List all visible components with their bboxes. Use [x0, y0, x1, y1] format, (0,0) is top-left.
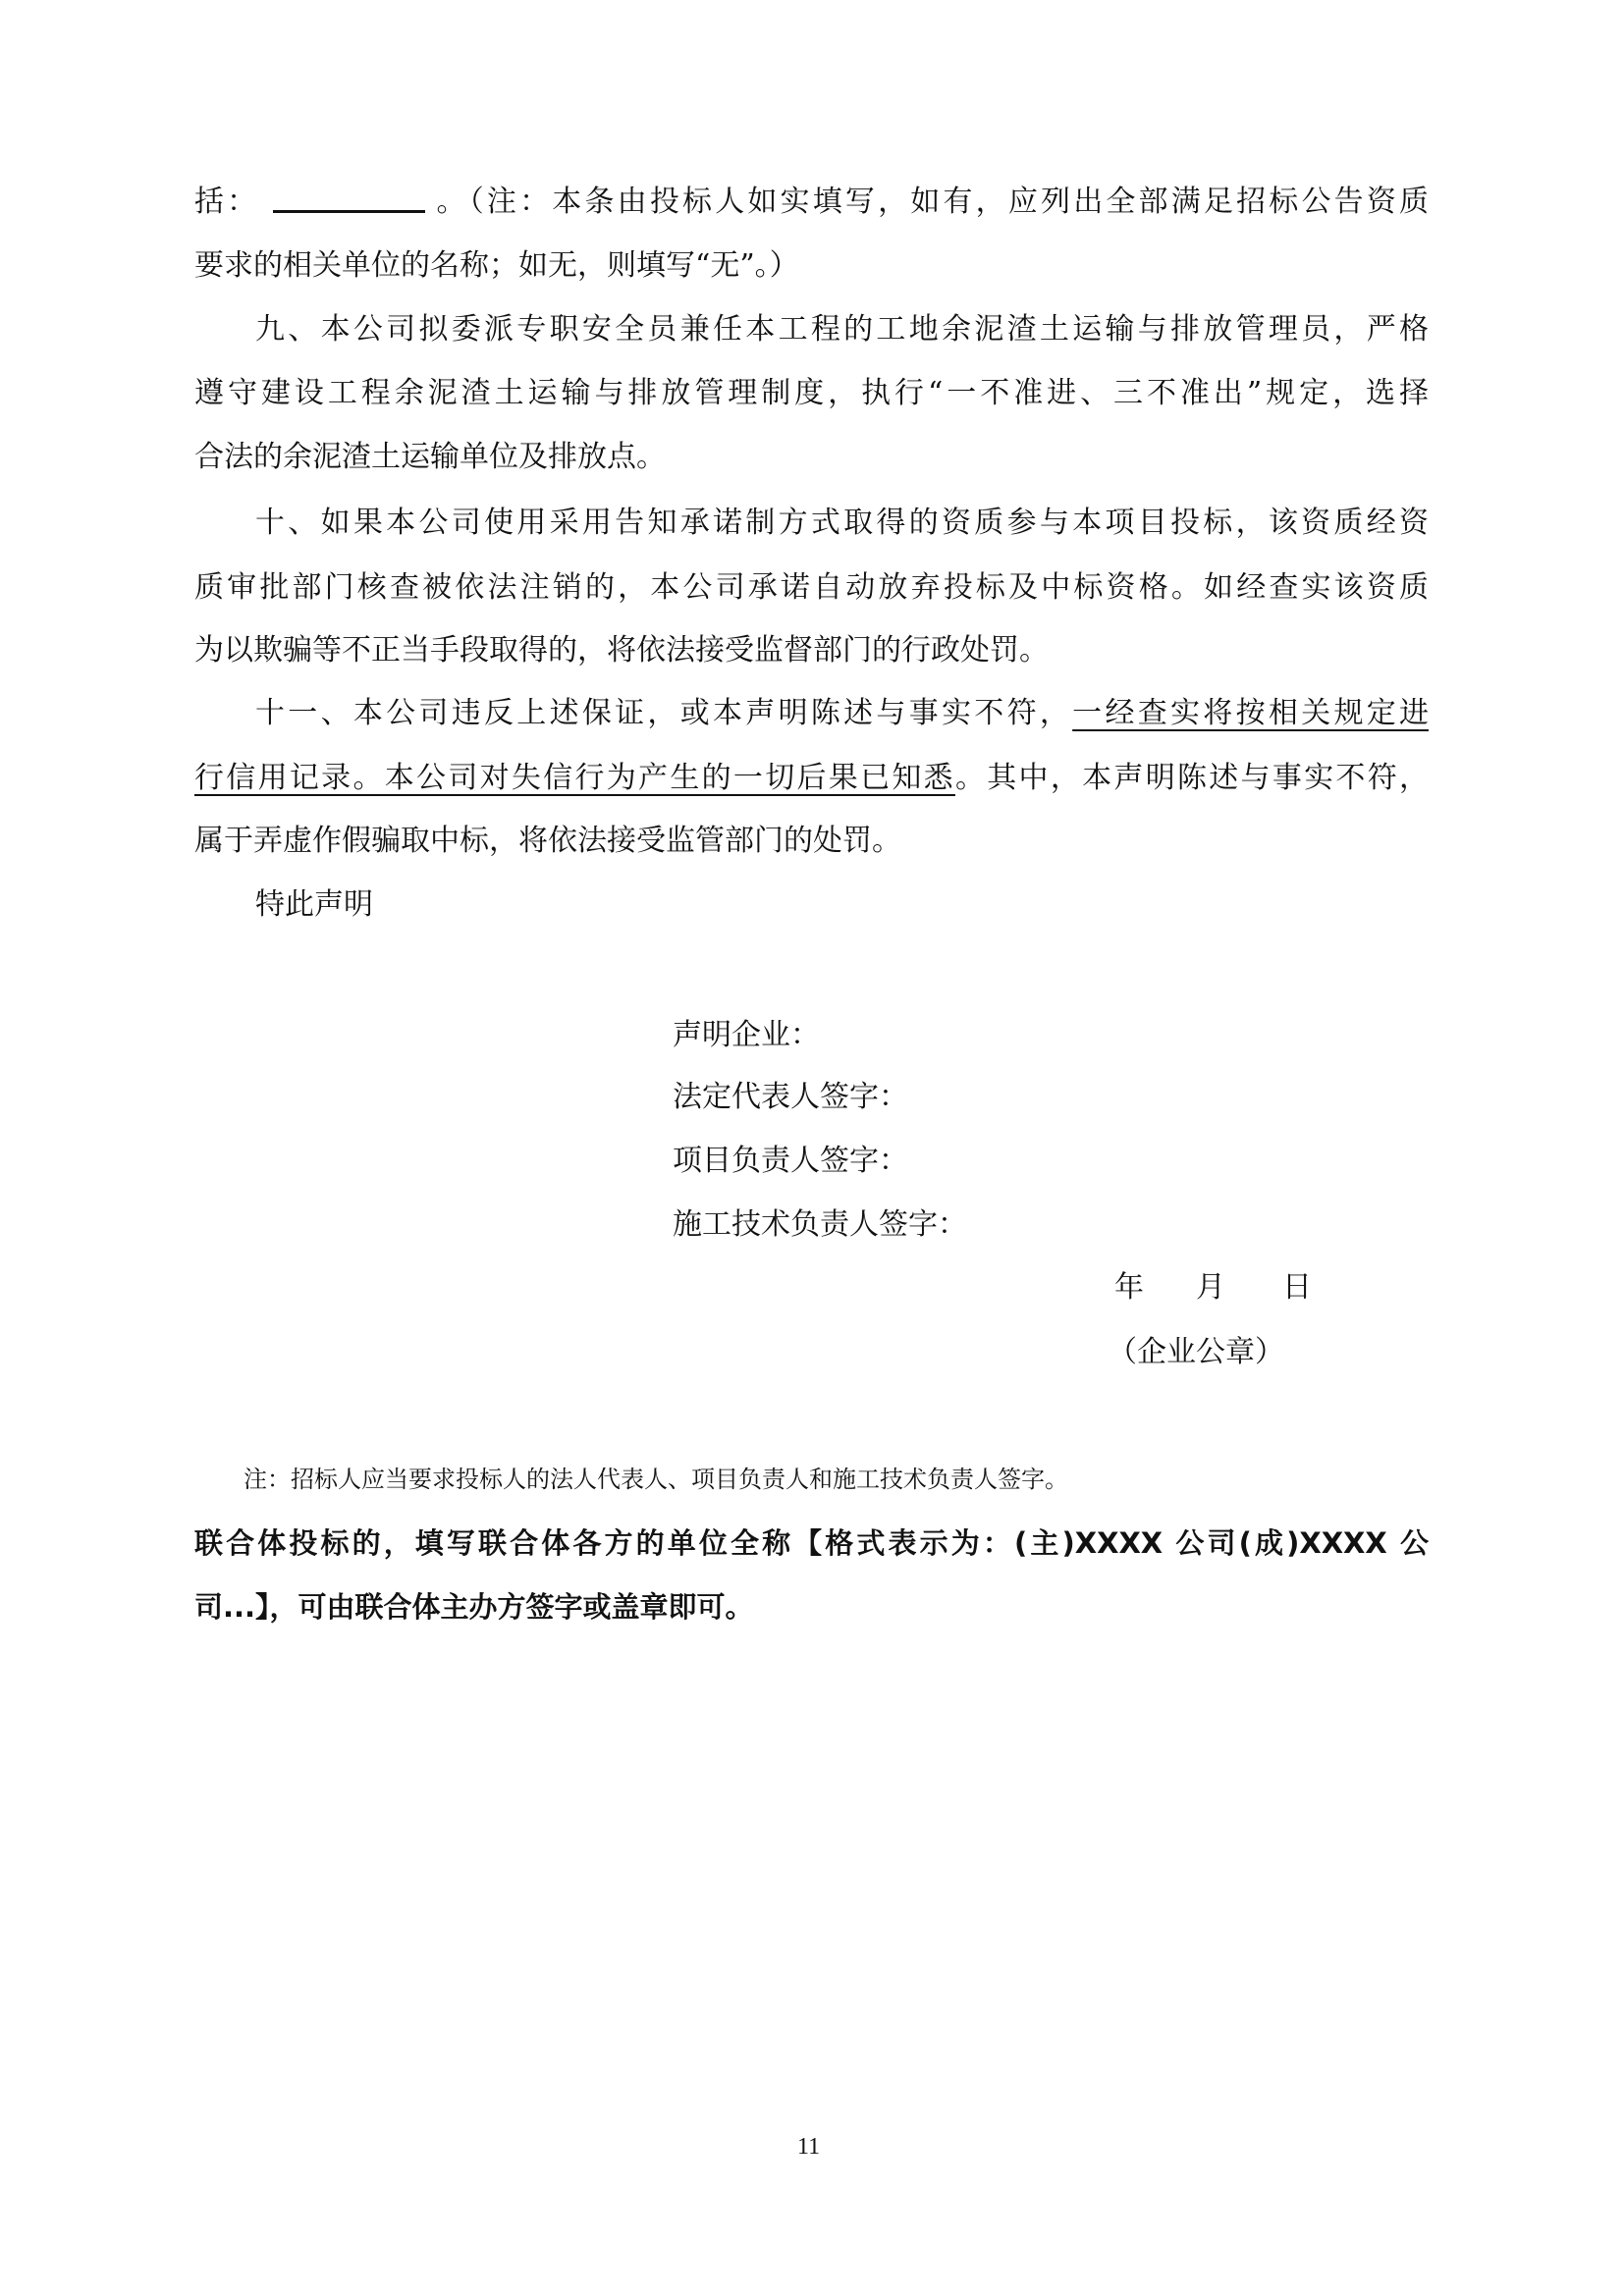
clause-11-line-2: 行信用记录。本公司对失信行为产生的一切后果已知悉。其中，本声明陈述与事实不符，: [194, 759, 1429, 798]
consortium-note-line-2: 司...】，可由联合体主办方签字或盖章即可。: [194, 1587, 1429, 1627]
company-seal-label: （企业公章）: [1108, 1333, 1284, 1372]
project-manager-signature-label: 项目负责人签字：: [673, 1142, 908, 1181]
clause-8-line-1: 括：。（注：本条由投标人如实填写，如有，应列出全部满足招标公告资质: [194, 183, 1429, 222]
consortium-note-line-1: 联合体投标的，填写联合体各方的单位全称【格式表示为：(主)XXXX 公司(成)X…: [194, 1523, 1429, 1563]
clause-8-prefix: 括：: [194, 185, 259, 219]
clause-10-line-1: 十、如果本公司使用采用告知承诺制方式取得的资质参与本项目投标，该资质经资: [255, 504, 1429, 543]
clause-9-line-3: 合法的余泥渣土运输单位及排放点。: [194, 438, 1429, 477]
fill-in-blank[interactable]: [273, 185, 425, 213]
clause-10-line-3: 为以欺骗等不正当手段取得的，将依法接受监督部门的行政处罚。: [194, 631, 1429, 670]
declaring-company-label: 声明企业：: [673, 1016, 820, 1055]
document-page: 括：。（注：本条由投标人如实填写，如有，应列出全部满足招标公告资质 要求的相关单…: [0, 0, 1624, 2296]
legal-representative-signature-label: 法定代表人签字：: [673, 1078, 908, 1117]
technical-manager-signature-label: 施工技术负责人签字：: [673, 1205, 967, 1245]
clause-8-suffix: 。（注：本条由投标人如实填写，如有，应列出全部满足招标公告资质: [433, 185, 1429, 219]
clause-11-underlined-text: 一经查实将按相关规定进: [1072, 696, 1429, 730]
clause-11-line-1: 十一、本公司违反上述保证，或本声明陈述与事实不符，一经查实将按相关规定进: [255, 694, 1429, 733]
signature-note: 注：招标人应当要求投标人的法人代表人、项目负责人和施工技术负责人签字。: [244, 1464, 1068, 1495]
clause-11-underlined-text-cont: 行信用记录。本公司对失信行为产生的一切后果已知悉: [194, 761, 955, 795]
clause-8-line-2: 要求的相关单位的名称；如无，则填写“无”。）: [194, 246, 1429, 286]
clause-9-line-2: 遵守建设工程余泥渣土运输与排放管理制度，执行“一不准进、三不准出”规定，选择: [194, 374, 1429, 413]
date-month-label: 月: [1196, 1268, 1225, 1308]
clause-11-line-3: 属于弄虚作假骗取中标，将依法接受监管部门的处罚。: [194, 822, 1429, 861]
date-year-label: 年: [1114, 1268, 1144, 1308]
page-number: 11: [797, 2134, 820, 2161]
clause-11-text: 十一、本公司违反上述保证，或本声明陈述与事实不符，: [255, 696, 1072, 730]
date-day-label: 日: [1282, 1268, 1312, 1308]
clause-10-line-2: 质审批部门核查被依法注销的，本公司承诺自动放弃投标及中标资格。如经查实该资质: [194, 568, 1429, 608]
clause-9-line-1: 九、本公司拟委派专职安全员兼任本工程的工地余泥渣土运输与排放管理员，严格: [255, 310, 1429, 349]
clause-11-text-cont: 。其中，本声明陈述与事实不符，: [955, 761, 1429, 795]
closing-statement: 特此声明: [255, 885, 373, 925]
